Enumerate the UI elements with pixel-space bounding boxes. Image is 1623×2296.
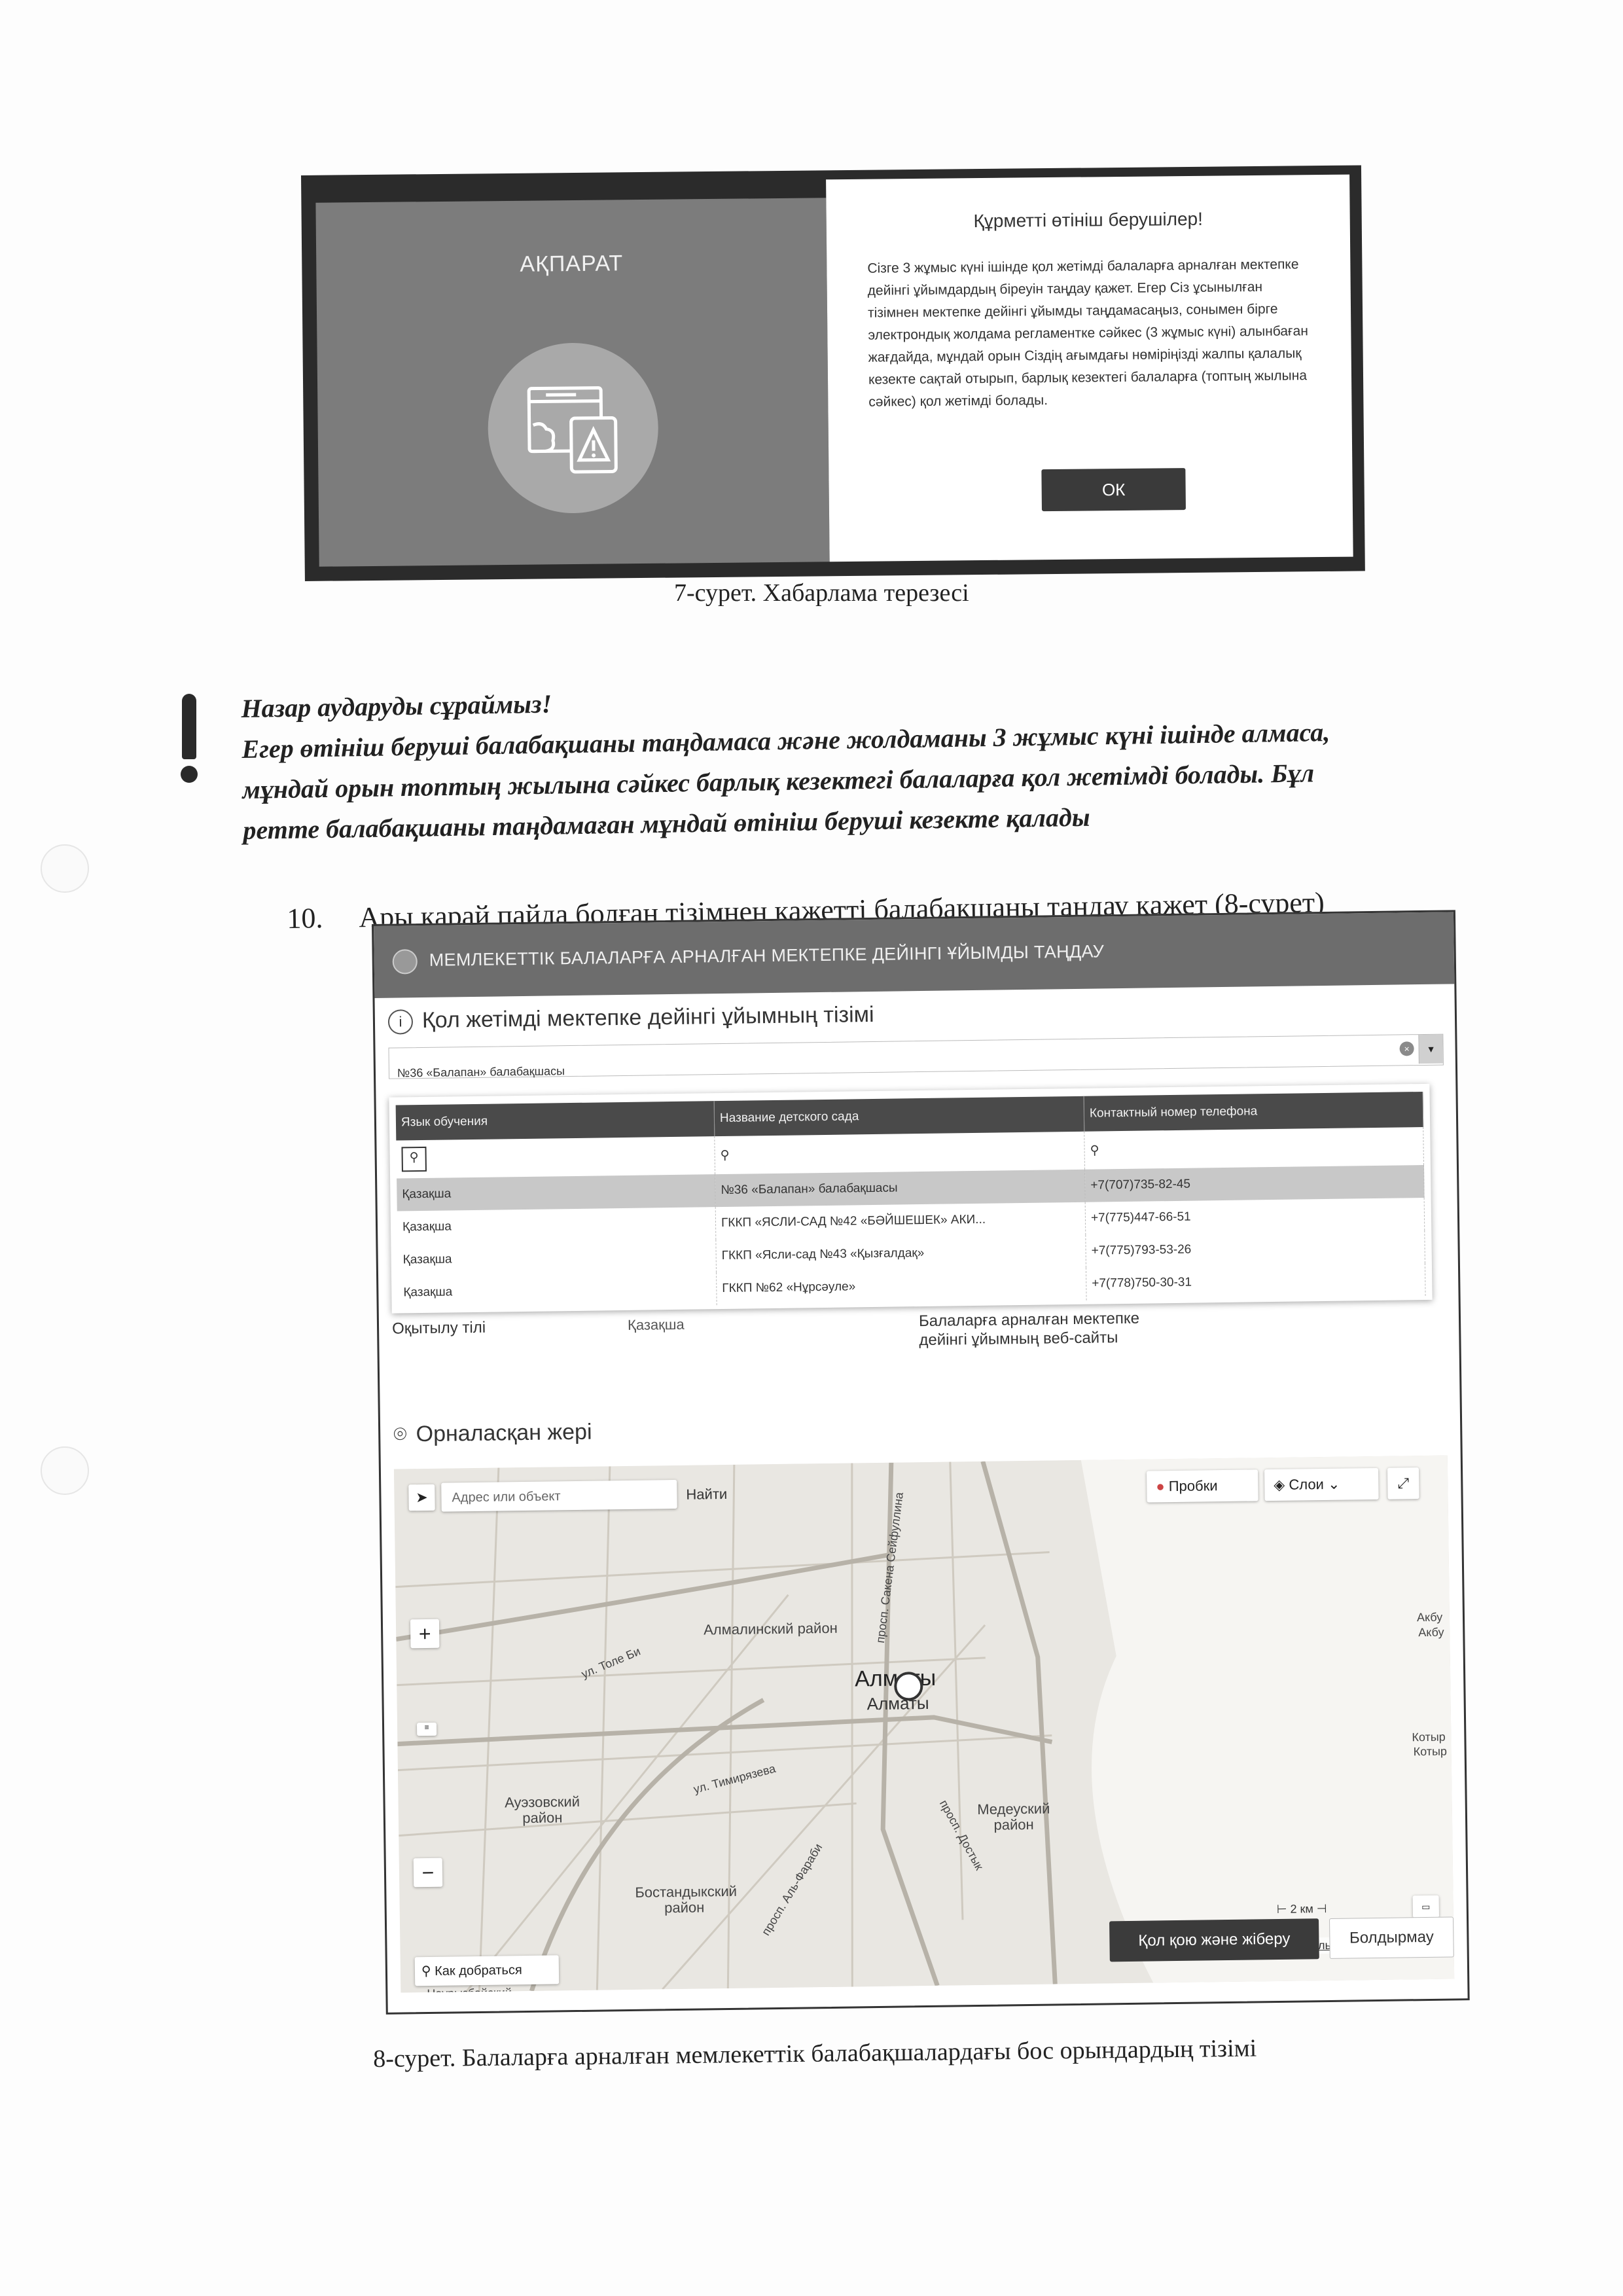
cell-name: №36 «Балапан» балабақшасы bbox=[715, 1170, 1086, 1207]
location-section-title: ⌾Орналасқан жері bbox=[393, 1420, 592, 1448]
map-search-button[interactable]: Найти bbox=[686, 1486, 727, 1503]
route-pin-icon: ⚲ bbox=[421, 1964, 431, 1979]
warning-note: Назар аударуды сұраймыз! Егер өтініш бер… bbox=[241, 671, 1382, 851]
map-scale: ⊢ 2 км ⊣ bbox=[1277, 1902, 1327, 1916]
route-button[interactable]: ⚲ Как добраться bbox=[415, 1955, 560, 1986]
map-search-input[interactable]: Адрес или объект bbox=[441, 1480, 677, 1512]
info-icon-circle bbox=[487, 342, 658, 514]
route-label: Как добраться bbox=[435, 1963, 522, 1979]
fullscreen-icon[interactable]: ⤢ bbox=[1387, 1467, 1419, 1499]
browser-warning-icon bbox=[524, 378, 622, 477]
exclamation-icon bbox=[177, 694, 203, 785]
edge-label: Наурызбайский bbox=[427, 1984, 512, 1992]
step-number: 10. bbox=[287, 901, 359, 935]
website-field-label: Балаларға арналған мектепке дейінгі ұйым… bbox=[919, 1308, 1155, 1350]
cell-language: Қазақша bbox=[397, 1174, 715, 1211]
info-modal-left-panel: АҚПАРАТ bbox=[315, 198, 829, 566]
layers-label: Слои bbox=[1289, 1476, 1324, 1493]
cell-phone: +7(775)793-53-26 bbox=[1086, 1230, 1425, 1268]
ruler-icon[interactable]: ▭ bbox=[1413, 1895, 1439, 1918]
modal-title: МЕМЛЕКЕТТІК БАЛАЛАРҒА АРНАЛҒАН МЕКТЕПКЕ … bbox=[429, 941, 1105, 970]
punch-hole bbox=[41, 844, 89, 893]
edge-label: Котыр bbox=[1412, 1729, 1446, 1746]
list-section-label: Қол жетімді мектепке дейінгі ұйымның тіз… bbox=[422, 1002, 874, 1033]
city-label-ru: Алматы bbox=[867, 1695, 929, 1712]
layers-button[interactable]: ◈ Слои ⌄ bbox=[1264, 1468, 1379, 1501]
clear-icon[interactable]: × bbox=[1399, 1041, 1414, 1056]
search-icon: ⚲ bbox=[1090, 1143, 1099, 1157]
figure-7-caption: 7-сурет. Хабарлама терезесі bbox=[674, 579, 969, 607]
map[interactable]: ➤ Адрес или объект Найти ● Пробки ◈ Слои… bbox=[394, 1456, 1454, 1993]
info-modal-title: АҚПАРАТ bbox=[316, 249, 827, 279]
kindergarten-dropdown: Язык обучения Название детского сада Кон… bbox=[389, 1084, 1432, 1314]
info-modal-screenshot: АҚПАРАТ Құрметті өтініш берушілер! Сізге… bbox=[301, 165, 1365, 581]
modal-header: МЕМЛЕКЕТТІК БАЛАЛАРҒА АРНАЛҒАН МЕКТЕПКЕ … bbox=[374, 912, 1454, 998]
map-scale-label: 2 км bbox=[1290, 1902, 1313, 1915]
chevron-down-icon: ⌄ bbox=[1328, 1476, 1340, 1492]
location-pin-icon: ⌾ bbox=[393, 1422, 407, 1447]
district-label: Алмалинский район bbox=[704, 1621, 838, 1638]
district-label: Медеуский район bbox=[974, 1801, 1054, 1833]
search-icon: ⚲ bbox=[721, 1148, 730, 1162]
map-search-placeholder: Адрес или объект bbox=[452, 1489, 560, 1505]
kindergarten-select[interactable]: №36 «Балапан» балабақшасы × ▼ bbox=[388, 1034, 1443, 1079]
info-modal-content: Құрметті өтініш берушілер! Сізге 3 жұмыс… bbox=[826, 175, 1353, 562]
kindergarten-select-value: №36 «Балапан» балабақшасы bbox=[397, 1064, 565, 1080]
cell-name: ГККП «ЯСЛИ-САД №42 «БӘЙШЕШЕК» АКИ... bbox=[715, 1202, 1086, 1240]
language-field-value: Қазақша bbox=[628, 1316, 685, 1334]
figure-8-caption: 8-сурет. Балаларға арналған мемлекеттік … bbox=[373, 2034, 1257, 2073]
zoom-in-button[interactable]: + bbox=[410, 1619, 440, 1649]
cell-phone: +7(707)735-82-45 bbox=[1085, 1165, 1425, 1202]
location-section-label: Орналасқан жері bbox=[416, 1420, 592, 1447]
cell-name: ГККП «Ясли-сад №43 «Қызғалдақ» bbox=[716, 1235, 1086, 1272]
column-header-name[interactable]: Название детского сада bbox=[714, 1096, 1084, 1136]
traffic-button[interactable]: ● Пробки bbox=[1147, 1469, 1258, 1502]
ok-button[interactable]: ОК bbox=[1041, 468, 1186, 511]
layers-icon: ◈ bbox=[1274, 1477, 1285, 1493]
district-label: Ауэзовский район bbox=[503, 1794, 582, 1827]
warning-text: Егер өтініш беруші балабақшаны таңдамаса… bbox=[241, 711, 1382, 851]
filter-language[interactable]: ⚲ bbox=[396, 1136, 715, 1178]
geolocation-icon[interactable]: ➤ bbox=[408, 1484, 435, 1511]
sign-and-send-button[interactable]: Қол қою және жіберу bbox=[1109, 1918, 1319, 1962]
language-field-label: Оқытылу тілі bbox=[392, 1319, 486, 1338]
info-modal-message: Сізге 3 жұмыс күні ішінде қол жетімді ба… bbox=[867, 253, 1313, 414]
list-section-title: iҚол жетімді мектепке дейінгі ұйымның ті… bbox=[388, 1002, 874, 1035]
cell-phone: +7(775)447-66-51 bbox=[1085, 1198, 1425, 1235]
cell-phone: +7(778)750-30-31 bbox=[1086, 1263, 1426, 1300]
chevron-down-icon[interactable]: ▼ bbox=[1418, 1035, 1443, 1064]
edge-label: Акбу bbox=[1417, 1609, 1443, 1626]
kindergarten-table: Язык обучения Название детского сада Кон… bbox=[396, 1092, 1426, 1310]
edge-label: Акбу bbox=[1418, 1624, 1444, 1641]
cell-name: ГККП №62 «Нұрсәуле» bbox=[717, 1268, 1087, 1305]
cell-language: Қазақша bbox=[398, 1272, 717, 1309]
traffic-label: Пробки bbox=[1169, 1477, 1218, 1494]
cancel-button[interactable]: Болдырмау bbox=[1329, 1916, 1454, 1958]
cell-language: Қазақша bbox=[397, 1207, 716, 1244]
gov-logo-icon bbox=[393, 949, 418, 974]
zoom-out-button[interactable]: − bbox=[414, 1858, 443, 1888]
punch-hole bbox=[41, 1446, 89, 1495]
kindergarten-select-modal: МЕМЛЕКЕТТІК БАЛАЛАРҒА АРНАЛҒАН МЕКТЕПКЕ … bbox=[372, 910, 1470, 2015]
info-modal-heading: Құрметті өтініш берушілер! bbox=[827, 207, 1350, 234]
traffic-icon: ● bbox=[1156, 1478, 1165, 1494]
zoom-slider-handle[interactable]: ≡ bbox=[417, 1723, 437, 1736]
cell-language: Қазақша bbox=[397, 1240, 716, 1276]
info-icon: i bbox=[388, 1009, 413, 1034]
column-header-phone[interactable]: Контактный номер телефона bbox=[1084, 1092, 1423, 1132]
district-label: Бостандыкский район bbox=[635, 1884, 734, 1916]
search-icon[interactable]: ⚲ bbox=[401, 1147, 426, 1172]
filter-name[interactable]: ⚲ bbox=[715, 1132, 1085, 1174]
column-header-language[interactable]: Язык обучения bbox=[396, 1101, 715, 1140]
filter-phone[interactable]: ⚲ bbox=[1084, 1127, 1424, 1170]
edge-label: Котыр bbox=[1414, 1744, 1448, 1760]
